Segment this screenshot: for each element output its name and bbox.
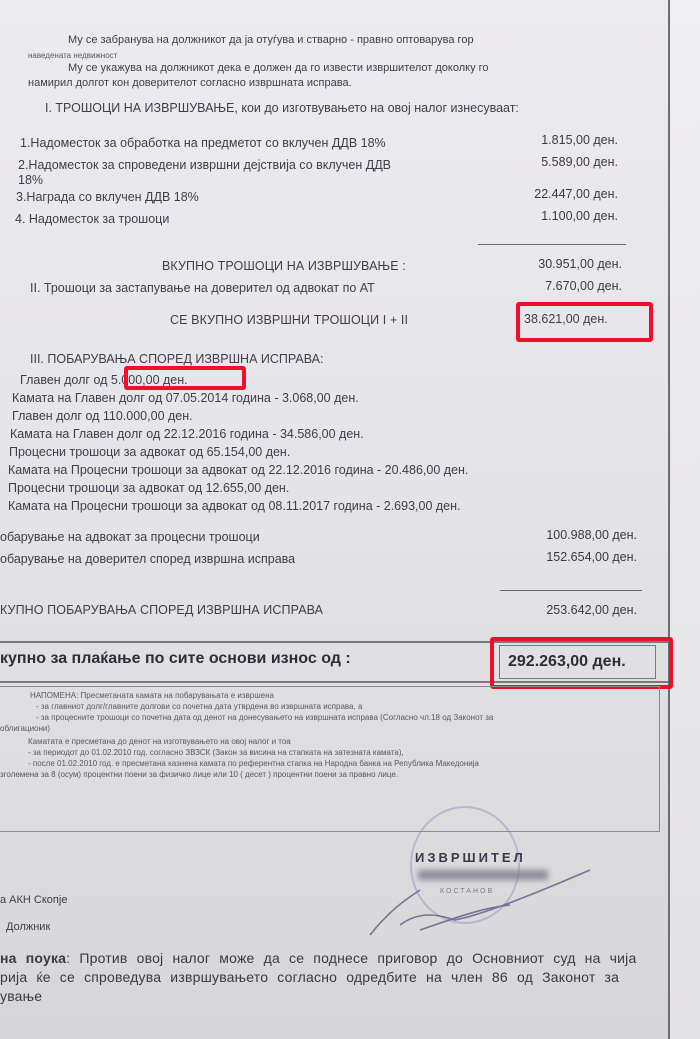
claim-line-8: Камата на Процесни трошоци за адвокат од… (8, 499, 461, 513)
cost-item-3-amount: 22.447,00 ден. (458, 187, 618, 201)
cost-item-2-label: 2.Надоместок за спроведени извршни дејст… (18, 158, 391, 172)
signature (360, 860, 600, 940)
section3-heading: III. ПОБАРУВАЊА СПОРЕД ИЗВРШНА ИСПРАВА: (30, 352, 323, 366)
grand-costs-label: СЕ ВКУПНО ИЗВРШНИ ТРОШОЦИ I + II (170, 313, 408, 327)
cost-item-4-amount: 1.100,00 ден. (458, 209, 618, 223)
claim-line-6: Камата на Процесни трошоци за адвокат од… (8, 463, 468, 477)
claim-line-3: Главен долг од 110.000,00 ден. (12, 409, 193, 423)
cost-item-3-label: 3.Награда со вклучен ДДВ 18% (16, 190, 199, 204)
legal-notice-line-2: рија ќе се спроведува извршувањето согла… (0, 969, 619, 985)
section1-total-label: ВКУПНО ТРОШОЦИ НА ИЗВРШУВАЊЕ : (162, 259, 406, 273)
note-line-3: - за процесните трошоци со почетна дата … (36, 713, 493, 722)
highlight-box-total (490, 637, 673, 689)
paper-edge (670, 0, 700, 1039)
section2-amount: 7.670,00 ден. (462, 279, 622, 293)
note-line-7: - после 01.02.2010 год. е пресметана каз… (28, 759, 479, 768)
claim-line-7: Процесни трошоци за адвокат од 12.655,00… (8, 481, 289, 495)
legal-notice-line-3: ување (0, 988, 42, 1004)
section3-total-amount: 253.642,00 ден. (477, 603, 637, 617)
intro-line-1b: наведената недвижност (28, 51, 117, 60)
recipient-2: Должник (6, 921, 50, 933)
cost-item-1-label: 1.Надоместок за обработка на предметот с… (20, 136, 386, 150)
grand-total-label: купно за плаќање по сите основи износ од… (0, 650, 351, 668)
note-line-6: - за периодот до 01.02.2010 год. согласн… (28, 748, 404, 757)
intro-line-2b: намирил долгот кон доверителот согласно … (28, 77, 352, 89)
note-line-5: Каматата е пресметана до денот на изготв… (28, 737, 291, 746)
sum-divider-1 (478, 244, 626, 245)
note-line-4: облигациони) (0, 724, 50, 733)
sum-divider-2 (500, 590, 642, 591)
intro-line-2: Му се укажува на должникот дека е должен… (68, 62, 489, 74)
legal-notice-line-1: на поука: Против овој налог може да се п… (0, 950, 636, 966)
legal-notice-text-1: : Против овој налог може да се поднесе п… (66, 950, 636, 966)
claim-line-2: Камата на Главен долг од 07.05.2014 годи… (12, 391, 359, 405)
section3-total-label: КУПНО ПОБАРУВАЊА СПОРЕД ИЗВРШНА ИСПРАВА (0, 603, 323, 617)
recipient-1: а АКН Скопје (0, 894, 67, 906)
cost-item-2-label-cont: 18% (18, 173, 43, 187)
claim-summary-1-label: обарување на адвокат за процесни трошоци (0, 530, 260, 544)
claim-summary-2-amount: 152.654,00 ден. (477, 550, 637, 564)
claim-line-4: Камата на Главен долг од 22.12.2016 годи… (10, 427, 364, 441)
cost-item-2-amount: 5.589,00 ден. (458, 155, 618, 169)
claim-line-5: Процесни трошоци за адвокат од 65.154,00… (9, 445, 290, 459)
cost-item-1-amount: 1.815,00 ден. (458, 133, 618, 147)
section1-heading: I. ТРОШОЦИ НА ИЗВРШУВАЊЕ, кои до изготву… (45, 101, 519, 115)
cost-item-4-label: 4. Надоместок за трошоци (15, 212, 169, 226)
legal-notice-lead: на поука (0, 950, 66, 966)
highlight-box-costs (516, 302, 653, 342)
highlight-box-principal (124, 366, 246, 390)
section2-label: II. Трошоци за застапување на доверител … (30, 281, 375, 295)
claim-summary-1-amount: 100.988,00 ден. (477, 528, 637, 542)
note-line-1: НАПОМЕНА: Пресметаната камата на побарув… (30, 691, 274, 700)
note-line-8: зголемена за 8 (осум) процентни поени за… (0, 770, 398, 779)
note-line-2: - за главниот долг/главните долгови со п… (36, 702, 362, 711)
claim-summary-2-label: обарување на доверител според извршна ис… (0, 552, 295, 566)
intro-line-1: Му се забранува на должникот да ја отуѓу… (68, 34, 474, 46)
section1-total-amount: 30.951,00 ден. (462, 257, 622, 271)
